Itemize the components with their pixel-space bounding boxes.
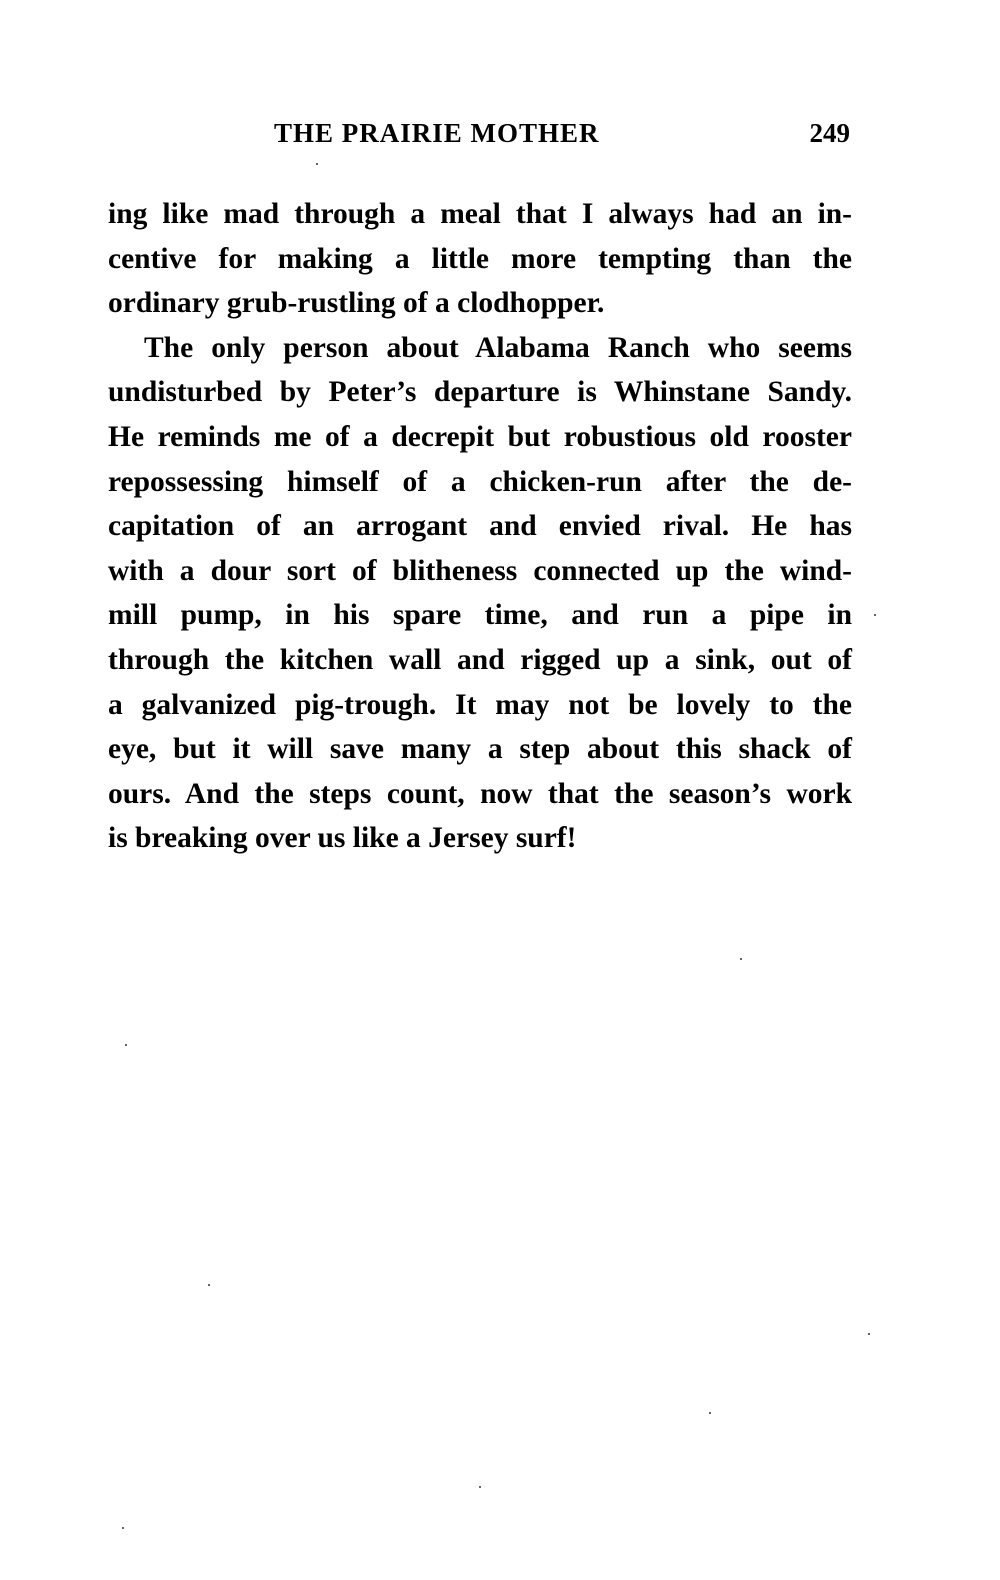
text-line: The only person about Alabama Ranch who …: [108, 326, 852, 371]
text-line: through the kitchen wall and rigged up a…: [108, 638, 852, 683]
text-line: undisturbed by Peter’s departure is Whin…: [108, 370, 852, 415]
text-line: capitation of an arrogant and envied riv…: [108, 504, 852, 549]
book-page: THE PRAIRIE MOTHER 249 ing like mad thro…: [0, 0, 1000, 1580]
scan-speck: [740, 958, 742, 960]
scan-speck: [122, 1527, 124, 1529]
text-line: eye, but it will save many a step about …: [108, 727, 852, 772]
scan-speck: [125, 1044, 127, 1046]
scan-speck: [479, 1486, 481, 1488]
scan-speck: [709, 1412, 711, 1414]
text-line: ing like mad through a meal that I alway…: [108, 192, 852, 237]
text-line: ordinary grub-rustling of a clodhopper.: [108, 281, 852, 326]
text-line: a galvanized pig-trough. It may not be l…: [108, 683, 852, 728]
text-line: is breaking over us like a Jersey surf!: [108, 816, 852, 861]
text-line: centive for making a little more temptin…: [108, 237, 852, 282]
text-line: ours. And the steps count, now that the …: [108, 772, 852, 817]
text-line: with a dour sort of blitheness connected…: [108, 549, 852, 594]
running-title: THE PRAIRIE MOTHER: [274, 118, 600, 149]
text-line: mill pump, in his spare time, and run a …: [108, 593, 852, 638]
scan-speck: [874, 614, 876, 616]
text-line: repossessing himself of a chicken-run af…: [108, 460, 852, 505]
scan-speck: [316, 163, 318, 165]
page-number: 249: [810, 118, 851, 149]
scan-speck: [868, 1333, 870, 1335]
body-text: ing like mad through a meal that I alway…: [108, 192, 852, 861]
text-line: He reminds me of a decrepit but robustio…: [108, 415, 852, 460]
scan-speck: [208, 1284, 210, 1286]
running-head: THE PRAIRIE MOTHER 249: [108, 118, 850, 158]
